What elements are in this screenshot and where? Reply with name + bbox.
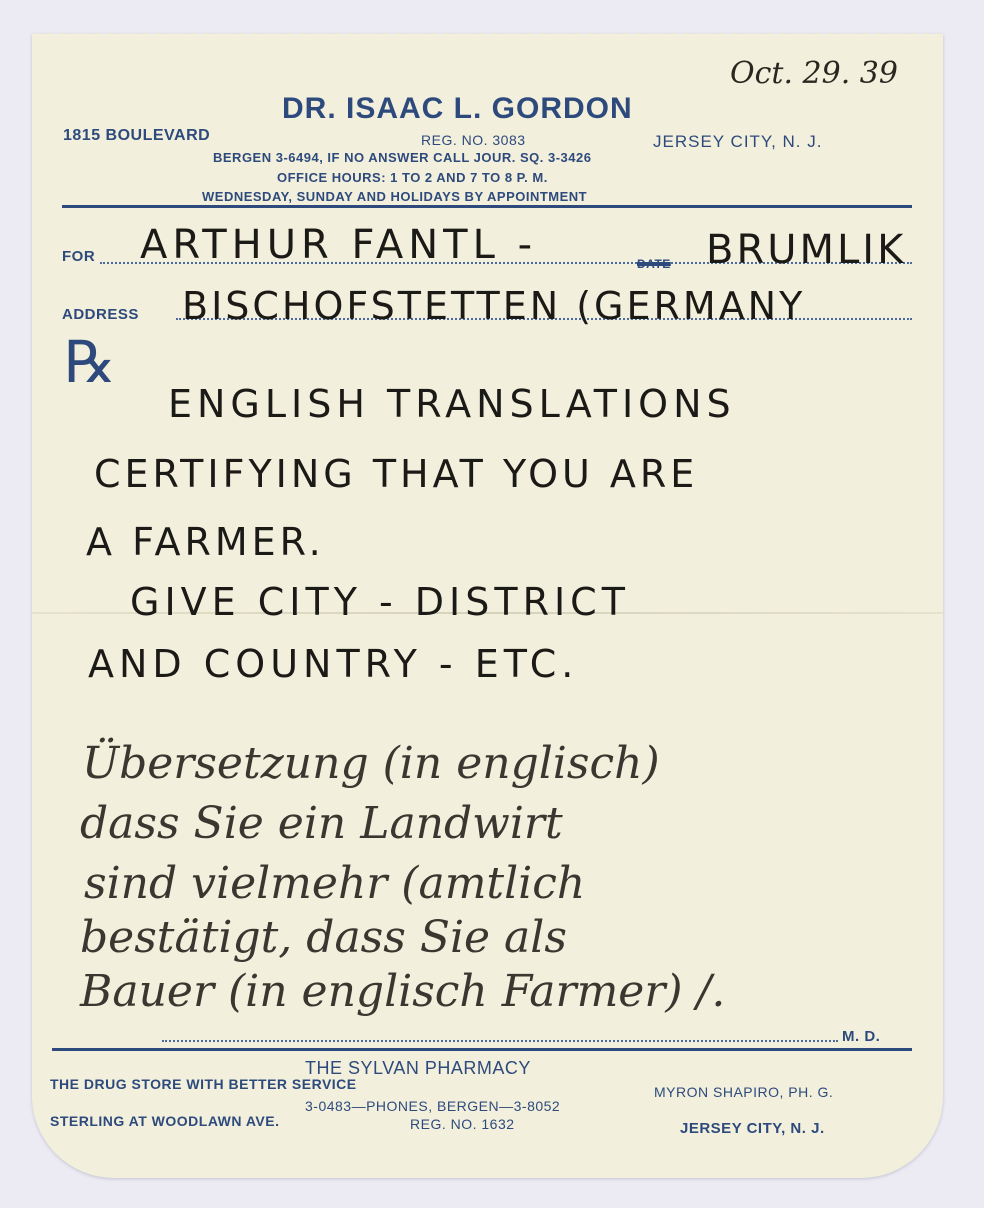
- english-line-1: ENGLISH TRANSLATIONS: [168, 382, 736, 426]
- date-label-struck: DATE: [637, 257, 671, 271]
- pharmacy-reg-no: REG. NO. 1632: [410, 1116, 515, 1132]
- english-line-3: A FARMER.: [86, 520, 325, 564]
- pharmacy-slogan: THE DRUG STORE WITH BETTER SERVICE: [50, 1076, 357, 1092]
- for-value-name: ARTHUR FANTL -: [140, 222, 537, 268]
- doctor-phones: BERGEN 3-6494, IF NO ANSWER CALL JOUR. S…: [213, 150, 591, 165]
- doctor-name: DR. ISAAC L. GORDON: [282, 92, 633, 126]
- handwritten-date: Oct. 29. 39: [730, 56, 898, 91]
- pharmacy-address: STERLING AT WOODLAWN AVE.: [50, 1113, 280, 1129]
- english-line-2: CERTIFYING THAT YOU ARE: [94, 452, 698, 496]
- for-value-surname: BRUMLIK: [706, 227, 906, 273]
- doctor-city: JERSEY CITY, N. J.: [653, 132, 822, 152]
- signature-line: [162, 1040, 838, 1042]
- office-hours: OFFICE HOURS: 1 TO 2 AND 7 TO 8 P. M.: [277, 170, 548, 185]
- doctor-address: 1815 BOULEVARD: [63, 127, 210, 145]
- english-line-5: AND COUNTRY - ETC.: [88, 642, 578, 686]
- doctor-reg-no: REG. NO. 3083: [421, 132, 526, 148]
- german-line-3: sind vielmehr (amtlich: [84, 858, 585, 909]
- pharmacist-name: MYRON SHAPIRO, PH. G.: [654, 1084, 833, 1100]
- pharmacy-phones: 3-0483—PHONES, BERGEN—3-8052: [305, 1098, 560, 1114]
- for-label: FOR: [62, 248, 95, 265]
- header-divider: [62, 205, 912, 208]
- pharmacy-city: JERSEY CITY, N. J.: [680, 1120, 825, 1137]
- address-value: BISCHOFSTETTEN (GERMANY: [182, 284, 805, 328]
- appointment-note: WEDNESDAY, SUNDAY AND HOLIDAYS BY APPOIN…: [202, 189, 587, 204]
- english-line-4: GIVE CITY - DISTRICT: [130, 580, 630, 624]
- address-label: ADDRESS: [62, 306, 139, 323]
- rx-symbol: ℞: [64, 328, 117, 396]
- german-line-2: dass Sie ein Landwirt: [80, 798, 563, 849]
- german-line-4: bestätigt, dass Sie als: [80, 912, 567, 963]
- footer-divider: [52, 1048, 912, 1051]
- signature-md-label: M. D.: [842, 1028, 880, 1045]
- german-line-5: Bauer (in englisch Farmer) /.: [80, 966, 725, 1017]
- german-line-1: Übersetzung (in englisch): [82, 738, 660, 789]
